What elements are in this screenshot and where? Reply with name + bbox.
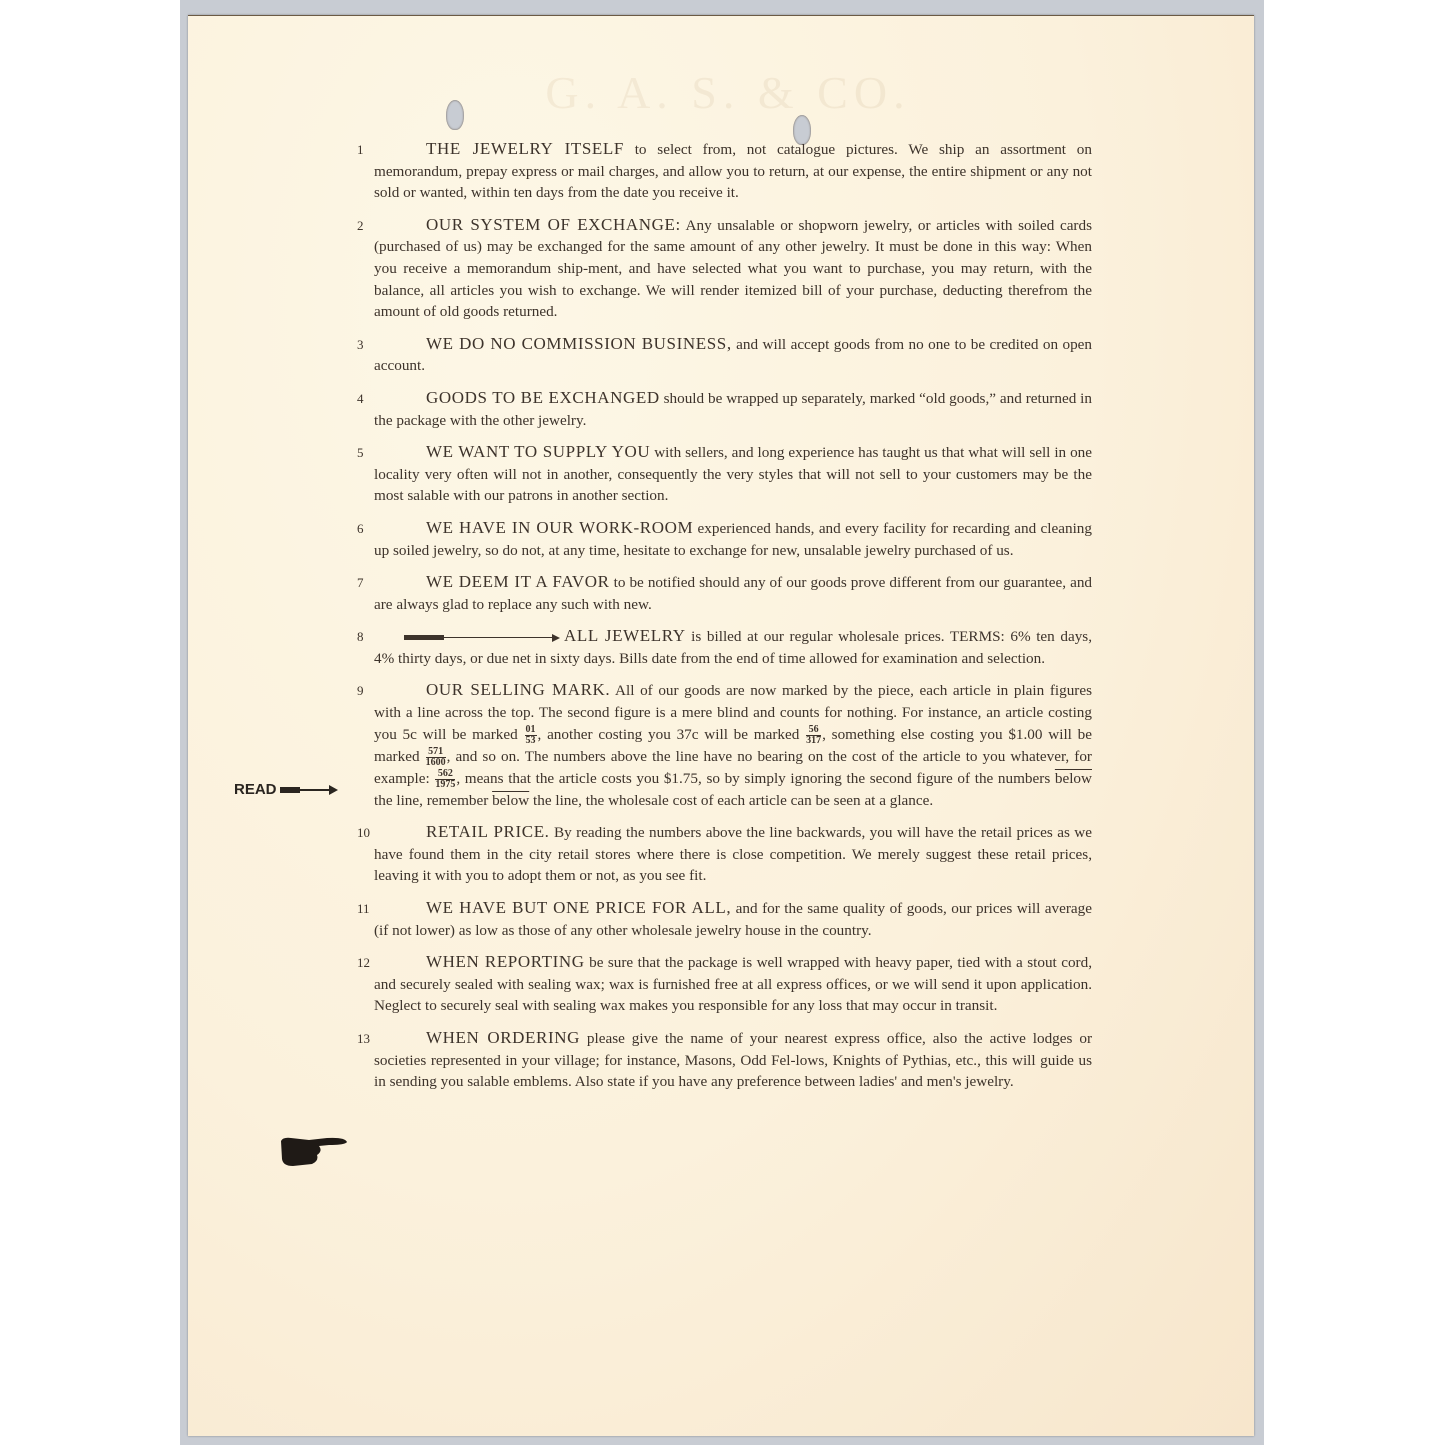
terms-list: 1THE JEWELRY ITSELF to select from, not …: [374, 138, 1092, 1103]
item-number: 9: [357, 680, 364, 702]
arrow-right-icon: [404, 633, 560, 643]
price-mark: 5711600: [426, 747, 446, 768]
pointing-hand-icon: [279, 1135, 349, 1169]
item-heading: WE HAVE IN OUR WORK-ROOM: [426, 518, 693, 537]
item-number: 3: [357, 334, 364, 356]
item-heading: ALL JEWELRY: [564, 626, 686, 645]
price-mark: 0153: [525, 725, 537, 746]
item-heading: THE JEWELRY ITSELF: [426, 139, 624, 158]
arrow-right-icon: [280, 785, 338, 795]
read-marker: READ: [234, 781, 338, 798]
term-item: 13WHEN ORDERING please give the name of …: [374, 1027, 1092, 1093]
term-item: 3WE DO NO COMMISSION BUSINESS, and will …: [374, 333, 1092, 377]
term-item: 2OUR SYSTEM OF EXCHANGE: Any unsalable o…: [374, 214, 1092, 323]
emphasis-below: below: [1055, 770, 1092, 787]
term-item: 12WHEN REPORTING be sure that the packag…: [374, 951, 1092, 1017]
item-number: 6: [357, 518, 364, 540]
term-item: 6WE HAVE IN OUR WORK-ROOM experienced ha…: [374, 517, 1092, 561]
term-item: 9OUR SELLING MARK. All of our goods are …: [374, 679, 1092, 811]
ghost-letterhead: G. A. S. & CO.: [518, 66, 938, 126]
punch-hole: [446, 100, 464, 130]
price-mark: 56317: [806, 725, 821, 746]
item-number: 12: [357, 952, 370, 974]
item-number: 8: [357, 626, 364, 648]
price-mark: 5621975: [435, 769, 455, 790]
item-number: 7: [357, 572, 364, 594]
item-heading: WE DO NO COMMISSION BUSINESS,: [426, 334, 732, 353]
item-heading: WE HAVE BUT ONE PRICE FOR ALL,: [426, 898, 731, 917]
item-heading: RETAIL PRICE.: [426, 822, 550, 841]
term-item: 1THE JEWELRY ITSELF to select from, not …: [374, 138, 1092, 204]
term-item: 7WE DEEM IT A FAVOR to be notified shoul…: [374, 571, 1092, 615]
term-item: 8ALL JEWELRY is billed at our regular wh…: [374, 625, 1092, 669]
item-text: , another costing you 37c will be marked: [538, 726, 806, 743]
item-heading: WE WANT TO SUPPLY YOU: [426, 442, 650, 461]
item-number: 11: [357, 898, 370, 920]
item-heading: OUR SYSTEM OF EXCHANGE:: [426, 215, 681, 234]
term-item: 4GOODS TO BE EXCHANGED should be wrapped…: [374, 387, 1092, 431]
item-number: 1: [357, 139, 364, 161]
term-item: 5WE WANT TO SUPPLY YOU with sellers, and…: [374, 441, 1092, 507]
item-number: 10: [357, 822, 370, 844]
item-heading: GOODS TO BE EXCHANGED: [426, 388, 660, 407]
item-heading: WHEN ORDERING: [426, 1028, 580, 1047]
item-heading: OUR SELLING MARK.: [426, 680, 610, 699]
emphasis-below: below: [492, 792, 529, 809]
item-number: 13: [357, 1028, 370, 1050]
item-heading: WE DEEM IT A FAVOR: [426, 572, 610, 591]
term-item: 10RETAIL PRICE. By reading the numbers a…: [374, 821, 1092, 887]
item-number: 2: [357, 215, 364, 237]
item-text: , means that the article costs you $1.75…: [456, 770, 1055, 787]
item-number: 5: [357, 442, 364, 464]
read-label: READ: [234, 781, 277, 798]
term-item: 11WE HAVE BUT ONE PRICE FOR ALL, and for…: [374, 897, 1092, 941]
item-number: 4: [357, 388, 364, 410]
item-text: the line, the wholesale cost of each art…: [529, 792, 933, 809]
item-text: the line, remember: [374, 792, 492, 809]
item-heading: WHEN REPORTING: [426, 952, 585, 971]
